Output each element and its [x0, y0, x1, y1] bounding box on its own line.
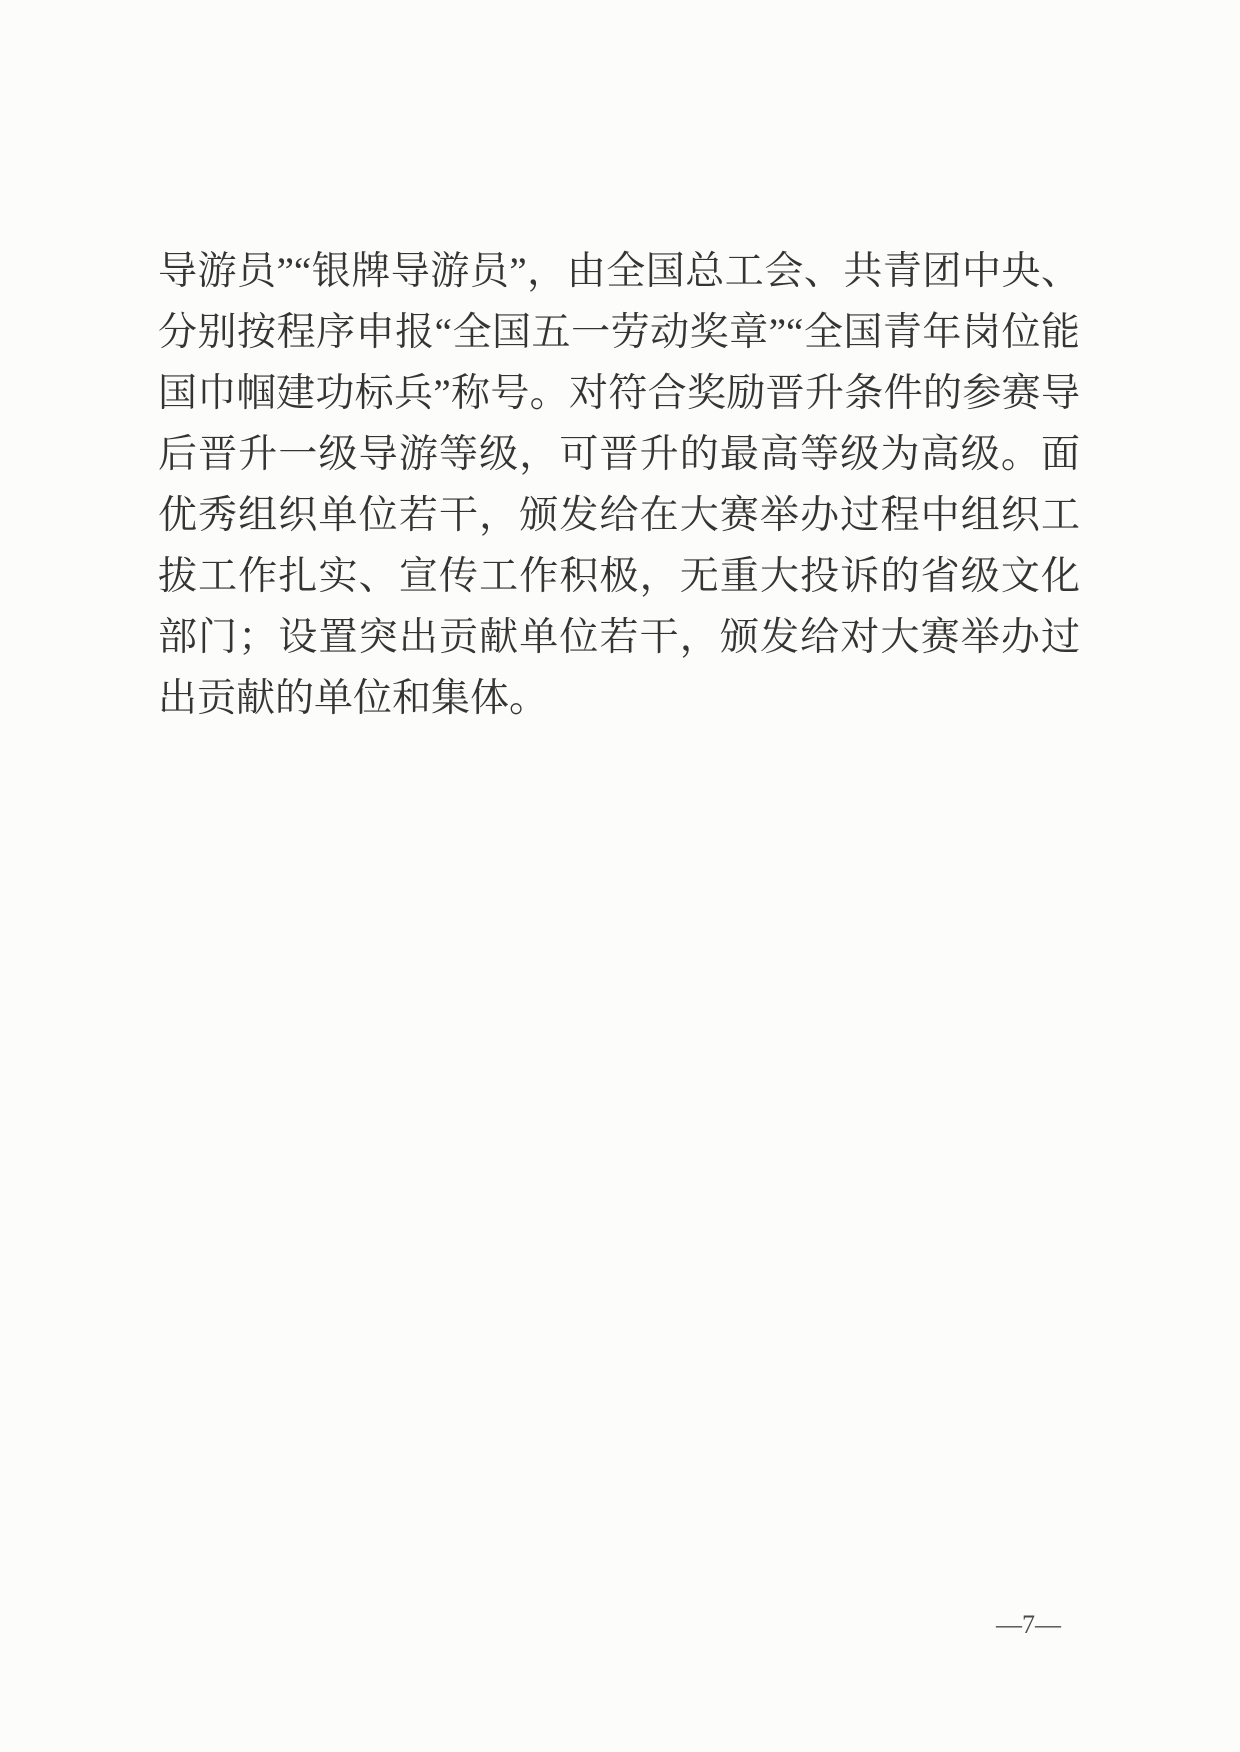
- body-text-paragraph: 导游员”“银牌导游员”，由全国总工会、共青团中央、全国妇联 分别按程序申报“全国…: [158, 241, 1080, 729]
- text-line: 优秀组织单位若干，颁发给在大赛举办过程中组织工作有力、选: [158, 485, 1080, 546]
- text-line: 国巾帼建功标兵”称号。对符合奖励晋升条件的参赛导游，在赛: [158, 363, 1080, 424]
- text-line: 出贡献的单位和集体。: [158, 668, 1080, 729]
- text-line: 部门；设置突出贡献单位若干，颁发给对大赛举办过程中作出突: [158, 607, 1080, 668]
- text-line: 后晋升一级导游等级，可晋升的最高等级为高级。面向单位设置: [158, 424, 1080, 485]
- document-page: 导游员”“银牌导游员”，由全国总工会、共青团中央、全国妇联 分别按程序申报“全国…: [0, 0, 1240, 1752]
- text-line: 导游员”“银牌导游员”，由全国总工会、共青团中央、全国妇联: [158, 241, 1080, 302]
- text-line: 拔工作扎实、宣传工作积极，无重大投诉的省级文化和旅游行政: [158, 546, 1080, 607]
- text-line: 分别按程序申报“全国五一劳动奖章”“全国青年岗位能手”“全: [158, 302, 1080, 363]
- page-number: —7—: [996, 1610, 1061, 1640]
